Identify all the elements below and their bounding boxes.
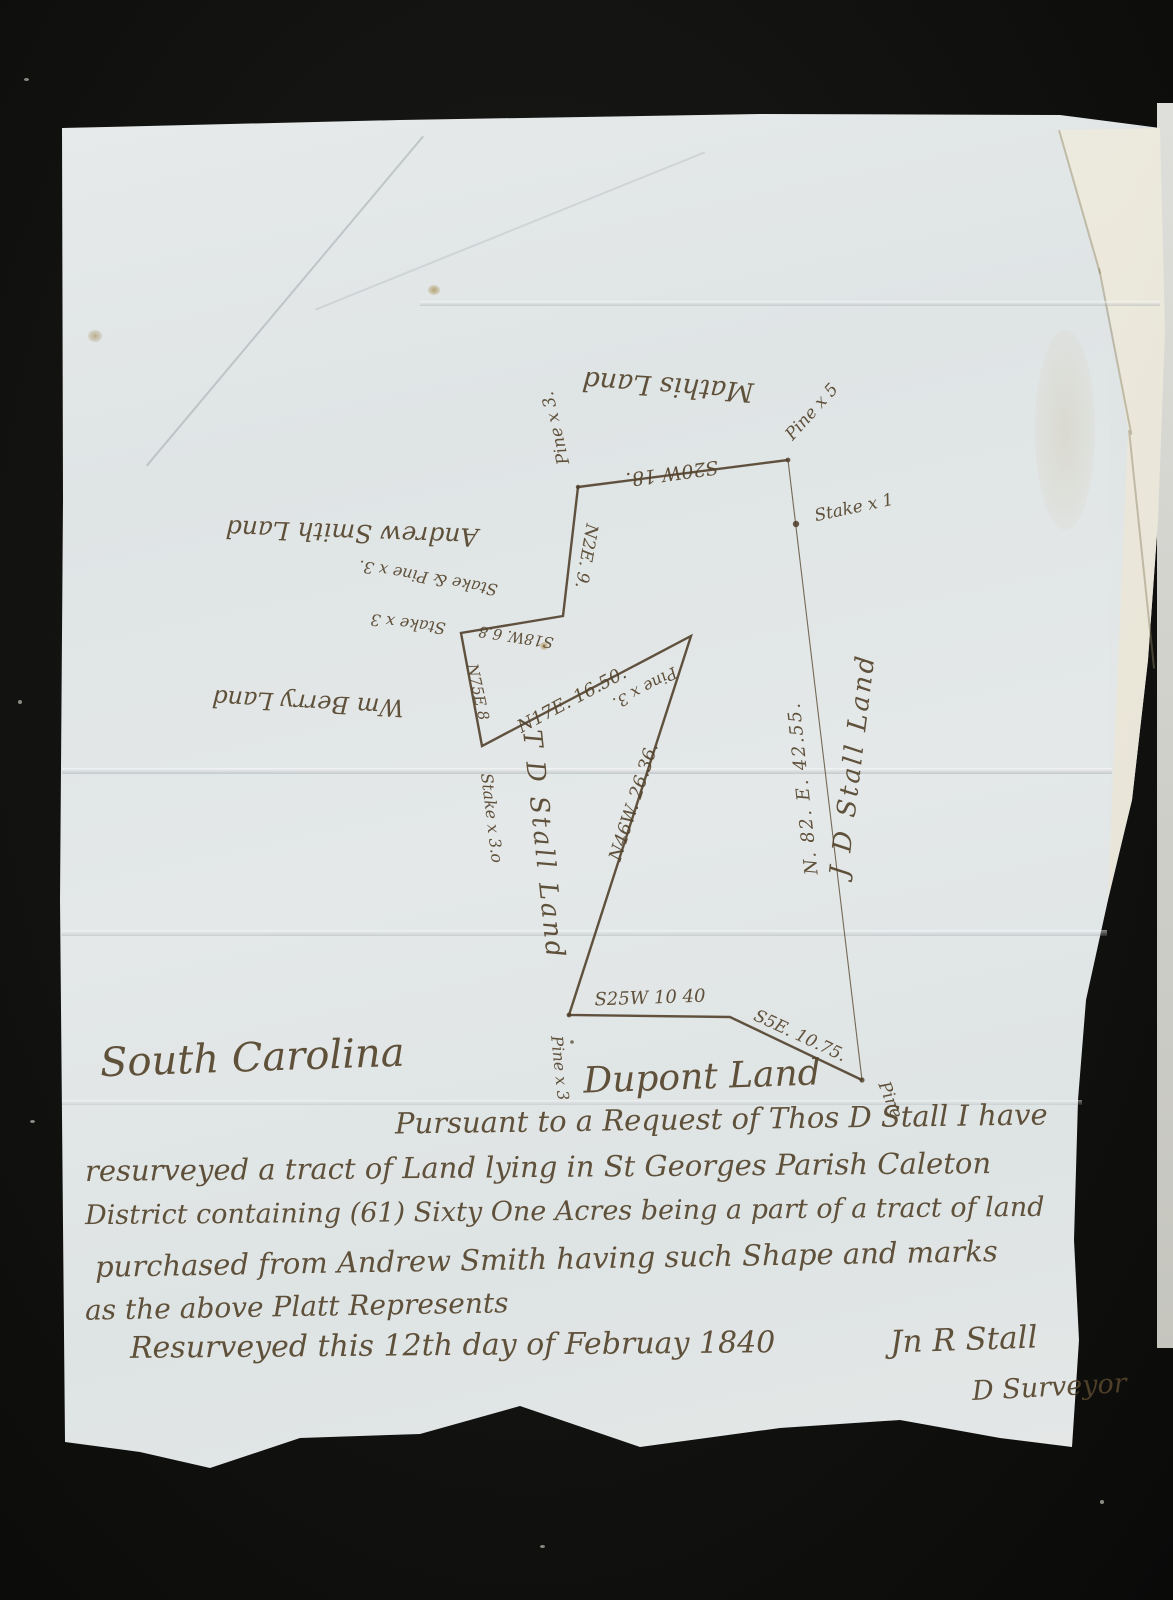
scanned-document: Mathis Land Andrew Smith Land Wm Berry L… <box>0 0 1173 1600</box>
corner-point <box>576 485 580 489</box>
stake-point <box>793 521 799 527</box>
corner-point <box>567 1013 572 1018</box>
owner-label-dupont: Dupont Land <box>583 1052 822 1101</box>
lint-speck <box>24 78 29 81</box>
course-bottom: S25W 10 40 <box>594 986 706 1011</box>
cert-line-6: Resurveyed this 12th day of Februay 1840 <box>130 1325 776 1366</box>
surveyor-signature: Jn R Stall <box>889 1319 1038 1360</box>
corner-point <box>786 458 791 463</box>
witness-dot <box>570 1040 574 1044</box>
corner-point <box>859 1077 864 1082</box>
lint-speck <box>1100 1500 1104 1504</box>
lint-speck <box>30 1120 35 1123</box>
lint-speck <box>540 1545 545 1548</box>
lint-speck <box>18 700 22 704</box>
